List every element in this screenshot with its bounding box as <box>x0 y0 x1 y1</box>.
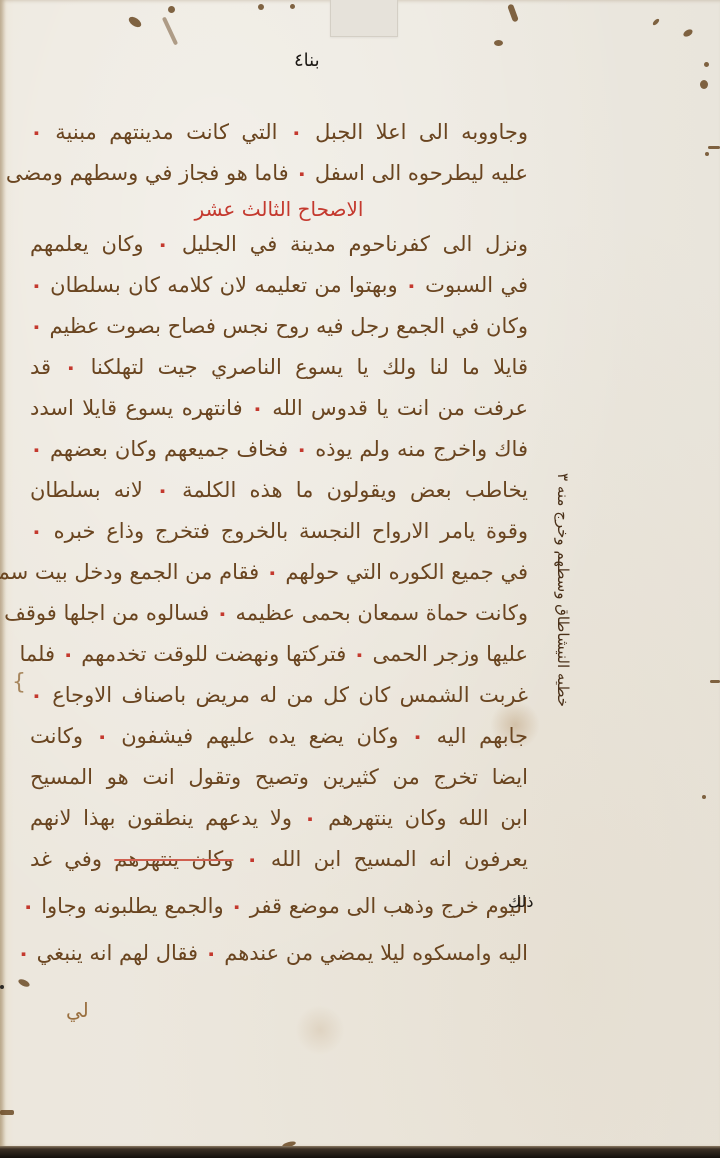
ink-spot <box>652 18 660 26</box>
text-line: وكانت حماة سمعان بحمى عظيمه ۰ فسالوه من … <box>30 593 528 634</box>
ink-spot <box>507 4 519 23</box>
text-line: اليه وامسكوه ليلا يمضي من عندهم ۰ فقال ل… <box>30 933 528 974</box>
ink-spot <box>708 146 720 149</box>
text-line: وكان في الجمع رجل فيه روح نجس فصاح بصوت … <box>30 306 528 347</box>
ink-spot <box>168 6 175 13</box>
ink-spot <box>258 4 264 10</box>
text-line: ابن الله وكان ينتهرهم ۰ ولا يدعهم ينطقون… <box>30 798 528 839</box>
ink-spot <box>290 4 295 9</box>
chapter-rubric-heading: الاصحاح الثالث عشر <box>30 194 528 224</box>
ink-spot <box>704 62 709 67</box>
margin-bracket-mark: { <box>12 670 26 695</box>
ink-spot <box>494 40 503 46</box>
marginal-note: خطيه النيشاطاق وسطهم وخرج منه ٣ <box>532 452 572 728</box>
text-line: ونزل الى كفرناحوم مدينة في الجليل ۰ وكان… <box>30 224 528 265</box>
marginal-insertion: ذلك <box>508 892 533 911</box>
text-line: ايضا تخرج من كثيرين وتصيح وتقول انت هو ا… <box>30 757 528 798</box>
text-line: جابهم اليه ۰ وكان يضع يده عليهم فيشفون ۰… <box>30 716 528 757</box>
text-line: وجاووبه الى اعلا الجبل ۰ التي كانت مدينت… <box>30 112 528 153</box>
ink-spot <box>0 985 4 989</box>
text-line: في جميع الكوره التي حولهم ۰ فقام من الجم… <box>30 552 528 593</box>
manuscript-page: بنا٤ وجاووبه الى اعلا الجبل ۰ التي كانت … <box>0 0 720 1148</box>
text-line: في السبوت ۰ وبهتوا من تعليمه لان كلامه ك… <box>30 265 528 306</box>
ink-spot <box>17 978 30 989</box>
ink-spot <box>127 15 143 30</box>
ink-spot <box>702 795 706 799</box>
catchword: لي <box>66 998 89 1022</box>
paper-stain <box>295 1005 345 1055</box>
ink-spot <box>700 80 708 89</box>
ink-spot <box>162 17 178 46</box>
ink-spot <box>682 28 694 38</box>
folio-number: بنا٤ <box>294 50 320 71</box>
text-line: وقوة يامر الارواح النجسة بالخروج فتخرج و… <box>30 511 528 552</box>
scan-bottom-edge <box>0 1146 720 1158</box>
text-line: قايلا ما لنا ولك يا يسوع الناصري جيت لته… <box>30 347 528 388</box>
ink-spot <box>710 680 720 683</box>
text-line: فاك واخرج منه ولم يوذه ۰ فخاف جميعهم وكا… <box>30 429 528 470</box>
text-line: يخاطب بعض ويقولون ما هذه الكلمة ۰ لانه ب… <box>30 470 528 511</box>
ink-spot <box>0 1110 14 1115</box>
ink-spot <box>705 152 709 156</box>
text-line: عرفت من انت يا قدوس الله ۰ فانتهره يسوع … <box>30 388 528 429</box>
text-line-with-strikethrough: يعرفون انه المسيح ابن الله ۰ وكان ينتهره… <box>30 839 528 880</box>
paper-tab-strip <box>330 0 398 37</box>
manuscript-text-block: وجاووبه الى اعلا الجبل ۰ التي كانت مدينت… <box>30 112 528 974</box>
text-line: عليها وزجر الحمى ۰ فتركتها ونهضت للوقت ت… <box>30 634 528 675</box>
text-line: اليوم خرج وذهب الى موضع قفر ۰ والجمع يطل… <box>30 886 528 927</box>
text-line: عليه ليطرحوه الى اسفل ۰ فاما هو فجاز في … <box>30 153 528 194</box>
text-line: غربت الشمس كان كل من له مريض باصناف الاو… <box>30 675 528 716</box>
